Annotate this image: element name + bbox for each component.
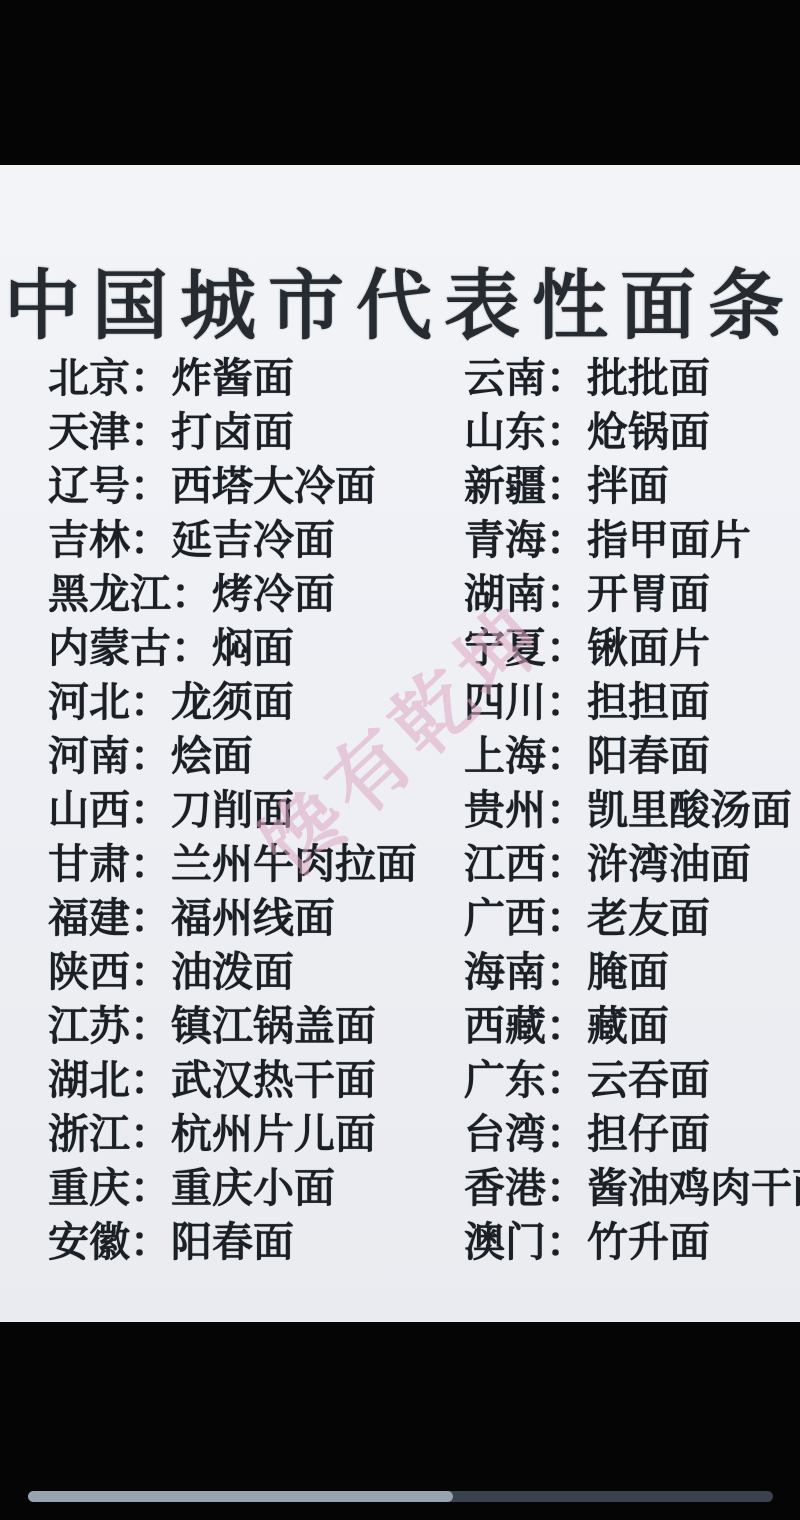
noodle-row: 贵州：凯里酸汤面 <box>464 783 800 837</box>
region-label: 香港 <box>464 1164 546 1212</box>
noodle-row: 西藏：藏面 <box>464 999 800 1053</box>
region-label: 湖北 <box>48 1056 130 1104</box>
noodle-name: 炝锅面 <box>587 408 710 456</box>
noodle-name: 担担面 <box>587 678 710 726</box>
noodle-name: 兰州牛肉拉面 <box>171 840 417 888</box>
separator-colon: ： <box>546 570 587 618</box>
region-label: 四川 <box>464 678 546 726</box>
noodle-row: 重庆：重庆小面 <box>48 1161 417 1215</box>
noodle-row: 黑龙江：烤冷面 <box>48 567 417 621</box>
noodle-row: 北京：炸酱面 <box>48 351 417 405</box>
separator-colon: ： <box>546 1002 587 1050</box>
noodle-name: 延吉冷面 <box>171 516 335 564</box>
noodle-row: 福建：福州线面 <box>48 891 417 945</box>
noodle-row: 湖南：开胃面 <box>464 567 800 621</box>
region-label: 广西 <box>464 894 546 942</box>
separator-colon: ： <box>130 1110 171 1158</box>
page-title: 中国城市代表性面条 <box>0 245 800 354</box>
noodle-name: 西塔大冷面 <box>171 462 376 510</box>
noodle-name: 竹升面 <box>587 1218 710 1266</box>
region-label: 澳门 <box>464 1218 546 1266</box>
region-label: 陕西 <box>48 948 130 996</box>
region-label: 内蒙古 <box>48 624 171 672</box>
region-label: 安徽 <box>48 1218 130 1266</box>
noodle-name: 焖面 <box>212 624 294 672</box>
region-label: 宁夏 <box>464 624 546 672</box>
noodle-name: 重庆小面 <box>171 1164 335 1212</box>
region-label: 黑龙江 <box>48 570 171 618</box>
region-label: 湖南 <box>464 570 546 618</box>
region-label: 河北 <box>48 678 130 726</box>
separator-colon: ： <box>546 894 587 942</box>
region-label: 贵州 <box>464 786 546 834</box>
noodle-row: 广东：云吞面 <box>464 1053 800 1107</box>
noodle-column-left: 北京：炸酱面天津：打卤面辽号：西塔大冷面吉林：延吉冷面黑龙江：烤冷面内蒙古：焖面… <box>48 351 417 1269</box>
separator-colon: ： <box>130 1056 171 1104</box>
noodle-row: 上海：阳春面 <box>464 729 800 783</box>
region-label: 台湾 <box>464 1110 546 1158</box>
separator-colon: ： <box>130 678 171 726</box>
noodle-row: 海南：腌面 <box>464 945 800 999</box>
noodle-name: 烤冷面 <box>212 570 335 618</box>
separator-colon: ： <box>546 408 587 456</box>
noodle-row: 湖北：武汉热干面 <box>48 1053 417 1107</box>
noodle-row: 浙江：杭州片儿面 <box>48 1107 417 1161</box>
separator-colon: ： <box>130 1164 171 1212</box>
separator-colon: ： <box>546 948 587 996</box>
noodle-row: 陕西：油泼面 <box>48 945 417 999</box>
noodle-name: 酱油鸡肉干面 <box>587 1164 800 1212</box>
separator-colon: ： <box>546 840 587 888</box>
noodle-row: 甘肃：兰州牛肉拉面 <box>48 837 417 891</box>
letterbox-bottom <box>0 1322 800 1520</box>
noodle-name: 打卤面 <box>171 408 294 456</box>
region-label: 重庆 <box>48 1164 130 1212</box>
region-label: 浙江 <box>48 1110 130 1158</box>
separator-colon: ： <box>546 354 587 402</box>
noodle-name: 刀削面 <box>171 786 294 834</box>
noodle-name: 龙须面 <box>171 678 294 726</box>
region-label: 广东 <box>464 1056 546 1104</box>
noodle-row: 辽号：西塔大冷面 <box>48 459 417 513</box>
progress-filled <box>28 1491 453 1502</box>
separator-colon: ： <box>130 840 171 888</box>
region-label: 云南 <box>464 354 546 402</box>
region-label: 山东 <box>464 408 546 456</box>
noodle-row: 青海：指甲面片 <box>464 513 800 567</box>
noodle-column-right: 云南：批批面山东：炝锅面新疆：拌面青海：指甲面片湖南：开胃面宁夏：锹面片四川：担… <box>464 351 800 1269</box>
separator-colon: ： <box>546 786 587 834</box>
region-label: 江西 <box>464 840 546 888</box>
noodle-row: 澳门：竹升面 <box>464 1215 800 1269</box>
noodle-row: 天津：打卤面 <box>48 405 417 459</box>
noodle-row: 四川：担担面 <box>464 675 800 729</box>
noodle-name: 阳春面 <box>587 732 710 780</box>
separator-colon: ： <box>130 462 171 510</box>
video-frame: 中国城市代表性面条 北京：炸酱面天津：打卤面辽号：西塔大冷面吉林：延吉冷面黑龙江… <box>0 0 800 1520</box>
separator-colon: ： <box>130 786 171 834</box>
separator-colon: ： <box>171 624 212 672</box>
separator-colon: ： <box>546 1110 587 1158</box>
separator-colon: ： <box>171 570 212 618</box>
separator-colon: ： <box>130 732 171 780</box>
noodle-row: 内蒙古：焖面 <box>48 621 417 675</box>
noodle-row: 香港：酱油鸡肉干面 <box>464 1161 800 1215</box>
region-label: 甘肃 <box>48 840 130 888</box>
noodle-name: 云吞面 <box>587 1056 710 1104</box>
region-label: 新疆 <box>464 462 546 510</box>
letterbox-top <box>0 0 800 165</box>
noodle-name: 指甲面片 <box>587 516 751 564</box>
noodle-row: 山东：炝锅面 <box>464 405 800 459</box>
noodle-name: 批批面 <box>587 354 710 402</box>
separator-colon: ： <box>130 894 171 942</box>
region-label: 山西 <box>48 786 130 834</box>
noodle-name: 藏面 <box>587 1002 669 1050</box>
region-label: 江苏 <box>48 1002 130 1050</box>
separator-colon: ： <box>130 354 171 402</box>
noodle-name: 开胃面 <box>587 570 710 618</box>
noodle-row: 新疆：拌面 <box>464 459 800 513</box>
region-label: 北京 <box>48 354 130 402</box>
noodle-row: 安徽：阳春面 <box>48 1215 417 1269</box>
noodle-name: 镇江锅盖面 <box>171 1002 376 1050</box>
region-label: 天津 <box>48 408 130 456</box>
noodle-row: 河南：烩面 <box>48 729 417 783</box>
separator-colon: ： <box>546 516 587 564</box>
noodle-name: 阳春面 <box>171 1218 294 1266</box>
noodle-row: 河北：龙须面 <box>48 675 417 729</box>
noodle-name: 福州线面 <box>171 894 335 942</box>
noodle-name: 杭州片儿面 <box>171 1110 376 1158</box>
separator-colon: ： <box>130 516 171 564</box>
noodle-name: 老友面 <box>587 894 710 942</box>
noodle-name: 油泼面 <box>171 948 294 996</box>
video-progress-bar[interactable] <box>28 1491 773 1502</box>
noodle-name: 武汉热干面 <box>171 1056 376 1104</box>
separator-colon: ： <box>546 732 587 780</box>
noodle-row: 宁夏：锹面片 <box>464 621 800 675</box>
noodle-name: 浒湾油面 <box>587 840 751 888</box>
separator-colon: ： <box>546 624 587 672</box>
noodle-row: 台湾：担仔面 <box>464 1107 800 1161</box>
region-label: 河南 <box>48 732 130 780</box>
separator-colon: ： <box>546 1164 587 1212</box>
noodle-row: 江苏：镇江锅盖面 <box>48 999 417 1053</box>
region-label: 青海 <box>464 516 546 564</box>
noodle-infographic: 中国城市代表性面条 北京：炸酱面天津：打卤面辽号：西塔大冷面吉林：延吉冷面黑龙江… <box>0 165 800 1322</box>
region-label: 上海 <box>464 732 546 780</box>
region-label: 海南 <box>464 948 546 996</box>
separator-colon: ： <box>130 408 171 456</box>
noodle-name: 担仔面 <box>587 1110 710 1158</box>
separator-colon: ： <box>130 1218 171 1266</box>
noodle-row: 吉林：延吉冷面 <box>48 513 417 567</box>
separator-colon: ： <box>546 1056 587 1104</box>
noodle-name: 锹面片 <box>587 624 710 672</box>
noodle-row: 江西：浒湾油面 <box>464 837 800 891</box>
separator-colon: ： <box>130 948 171 996</box>
noodle-row: 广西：老友面 <box>464 891 800 945</box>
noodle-name: 腌面 <box>587 948 669 996</box>
noodle-name: 炸酱面 <box>171 354 294 402</box>
noodle-name: 凯里酸汤面 <box>587 786 792 834</box>
region-label: 福建 <box>48 894 130 942</box>
noodle-name: 拌面 <box>587 462 669 510</box>
separator-colon: ： <box>546 678 587 726</box>
region-label: 吉林 <box>48 516 130 564</box>
region-label: 辽号 <box>48 462 130 510</box>
separator-colon: ： <box>546 1218 587 1266</box>
separator-colon: ： <box>130 1002 171 1050</box>
separator-colon: ： <box>546 462 587 510</box>
noodle-name: 烩面 <box>171 732 253 780</box>
noodle-row: 山西：刀削面 <box>48 783 417 837</box>
noodle-row: 云南：批批面 <box>464 351 800 405</box>
region-label: 西藏 <box>464 1002 546 1050</box>
